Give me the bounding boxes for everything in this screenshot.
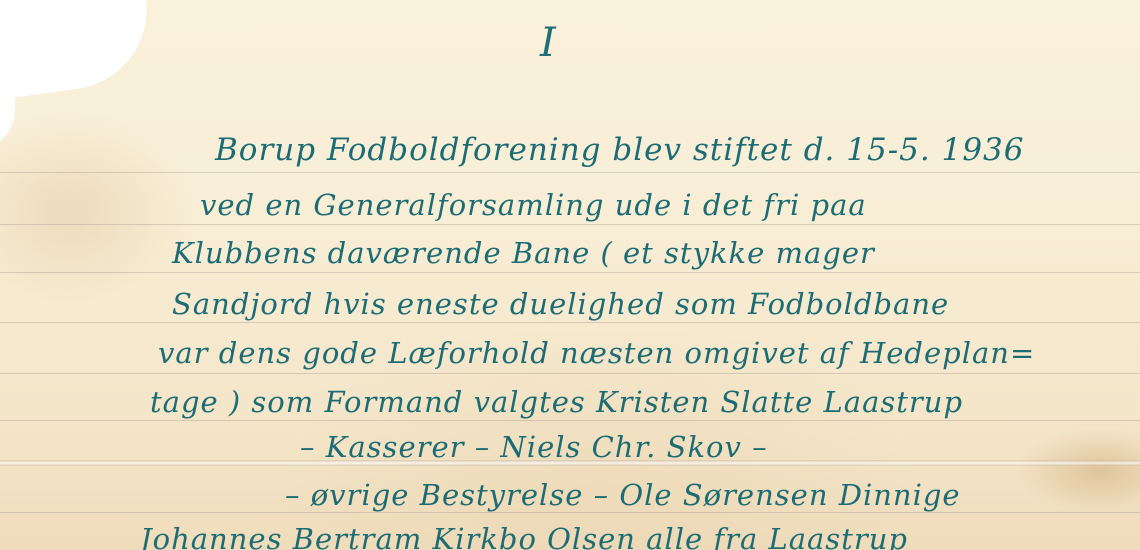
ruled-line <box>0 172 1140 173</box>
text-line-1: Borup Fodboldforening blev stiftet d. 15… <box>215 132 1025 168</box>
text-line-5: var dens gode Læforhold næsten omgivet a… <box>158 336 1035 370</box>
text-line-8: – øvrige Bestyrelse – Ole Sørensen Dinni… <box>285 478 961 512</box>
text-line-9: Johannes Bertram Kirkbo Olsen alle fra L… <box>140 522 908 550</box>
torn-corner <box>0 0 157 101</box>
text-line-6: tage ) som Formand valgtes Kristen Slatt… <box>150 385 963 419</box>
document-page: I Borup Fodboldforening blev stiftet d. … <box>0 0 1140 550</box>
text-line-4: Sandjord hvis eneste duelighed som Fodbo… <box>172 287 949 321</box>
ruled-line <box>0 373 1140 374</box>
ruled-line <box>0 420 1140 421</box>
text-line-2: ved en Generalforsamling ude i det fri p… <box>200 188 867 222</box>
text-line-3: Klubbens daværende Bane ( et stykke mage… <box>172 236 875 270</box>
ruled-line <box>0 272 1140 273</box>
ruled-line <box>0 322 1140 323</box>
ruled-line <box>0 512 1140 513</box>
chapter-numeral: I <box>540 20 556 66</box>
text-line-7: – Kasserer – Niels Chr. Skov – <box>300 430 768 464</box>
ruled-line <box>0 224 1140 225</box>
